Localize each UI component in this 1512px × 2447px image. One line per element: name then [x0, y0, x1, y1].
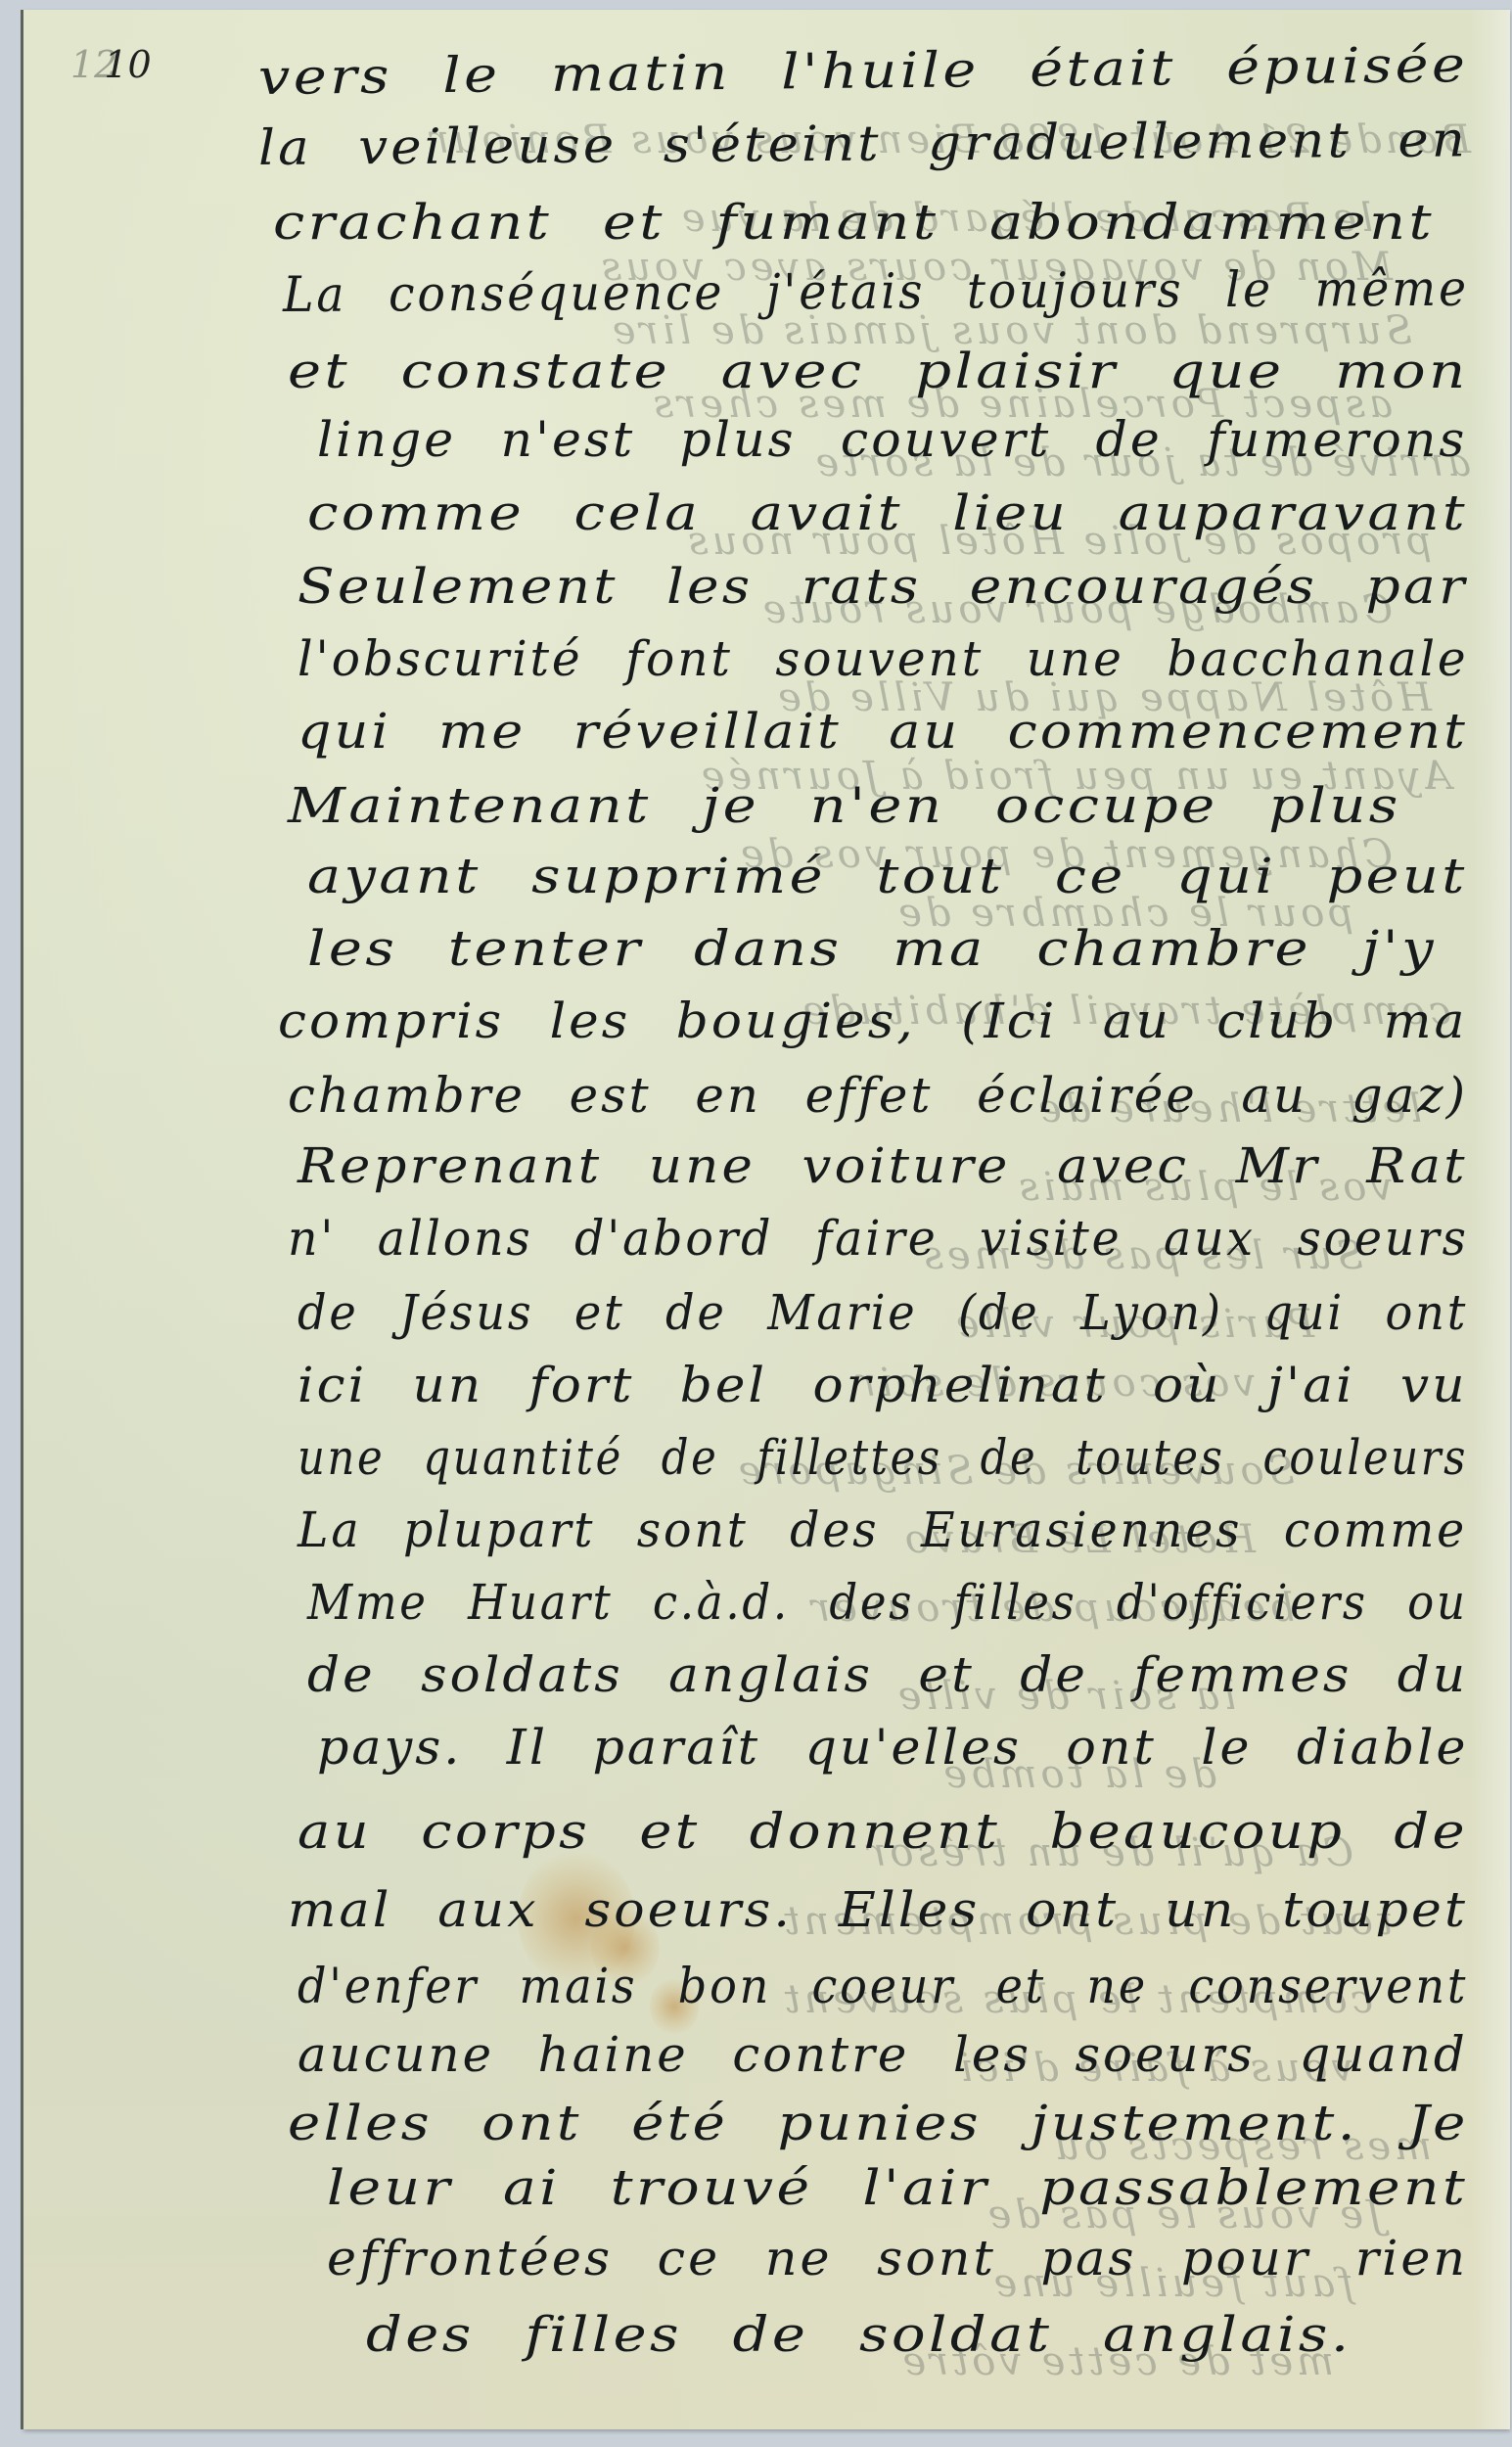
text-line: qui me réveillait au commencement: [298, 703, 1468, 760]
text-line: pays. Il paraît qu'elles ont le diable: [317, 1719, 1468, 1776]
manuscript-page: Bonde 21 Août 1888 Bien vous vous Bonjou…: [23, 10, 1510, 2429]
text-line: effrontées ce ne sont pas pour rien: [327, 2230, 1468, 2286]
text-line: au corps et donnent beaucoup de: [298, 1803, 1468, 1860]
text-line: vers le matin l'huile était épuisée: [258, 36, 1469, 106]
text-line: leur ai trouvé l'air passablement: [327, 2159, 1468, 2216]
text-line: une quantité de fillettes de toutes coul…: [298, 1429, 1468, 1486]
text-line: linge n'est plus couvert de fumerons: [317, 411, 1467, 468]
text-line: des filles de soldat anglais.: [366, 2306, 1352, 2363]
text-line: La plupart sont des Eurasiennes comme: [298, 1501, 1467, 1558]
text-line: mal aux soeurs. Elles ont un toupet: [288, 1881, 1468, 1938]
text-line: d'enfer mais bon coeur et ne conservent: [298, 1958, 1468, 2014]
text-line: les tenter dans ma chambre j'y: [307, 920, 1437, 977]
text-line: l'obscurité font souvent une bacchanale: [298, 630, 1469, 687]
text-line: ici un fort bel orphelinat où j'ai vu: [298, 1357, 1468, 1413]
text-line: Maintenant je n'en occupe plus: [288, 777, 1401, 834]
text-line: de Jésus et de Marie (de Lyon) qui ont: [298, 1284, 1468, 1341]
text-line: compris les bougies, (Ici au club ma: [278, 993, 1468, 1049]
text-line: Mme Huart c.à.d. des filles d'officiers …: [307, 1574, 1468, 1631]
handwritten-text: vers le matin l'huile était épuisée la v…: [23, 10, 1510, 2429]
text-line: aucune haine contre les soeurs quand: [298, 2026, 1468, 2083]
text-line: et constate avec plaisir que mon: [288, 343, 1469, 399]
text-line: la veilleuse s'éteint graduellement en: [258, 111, 1468, 176]
text-line: La conséquence j'étais toujours le même: [283, 260, 1469, 323]
text-line: comme cela avait lieu auparavant: [307, 485, 1468, 541]
text-line: crachant et fumant abondamment: [273, 194, 1435, 251]
text-line: Reprenant une voiture avec Mr Rat: [298, 1137, 1468, 1194]
text-line: n' allons d'abord faire visite aux soeur…: [288, 1210, 1469, 1267]
text-line: elles ont été punies justement. Je: [288, 2095, 1469, 2151]
text-line: de soldats anglais et de femmes du: [307, 1646, 1468, 1703]
text-line: ayant supprimé tout ce qui peut: [307, 848, 1468, 904]
text-line: chambre est en effet éclairée au gaz): [288, 1067, 1468, 1124]
text-line: Seulement les rats encouragés par: [298, 558, 1468, 615]
